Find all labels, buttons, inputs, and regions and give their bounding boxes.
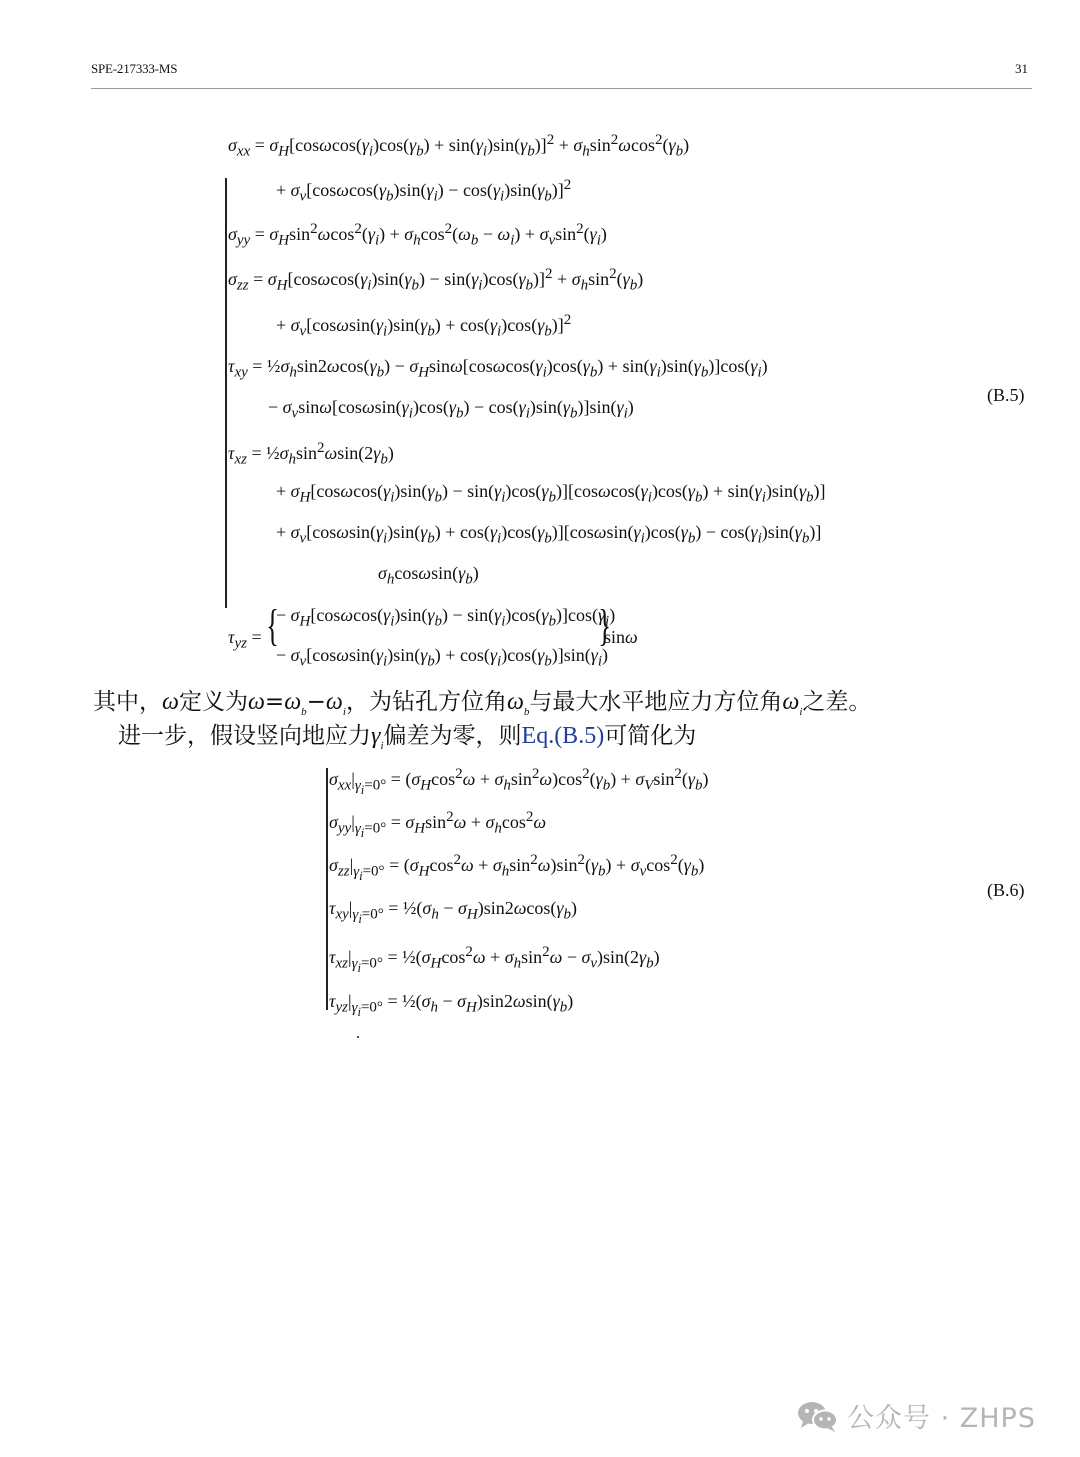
paragraph-suffix: 可简化为 [604,723,696,749]
eq-b6-brace [326,768,328,1010]
eq-b5-line-6: τxy = ½σhsin2ωcos(γb) − σHsinω[cosωcos(γ… [228,357,768,381]
eq-b5-brace [225,178,227,608]
eq-b5-line-3: σyy = σHsin2ωcos2(γi) + σhcos2(ωb − ωi) … [228,222,607,249]
eq-b5-line-2: + σv[cosωcos(γb)sin(γi) − cos(γi)sin(γb)… [276,178,571,205]
eq-b5-sinw: sinω [604,628,638,646]
eq-b6-line-6: τyz|γi=0° = ½(σh − σH)sin2ωsin(γb) [329,992,573,1018]
doc-id: SPE-217333-MS [91,61,177,77]
eq-b6-line-1: σxx|γi=0° = (σHcos2ω + σhsin2ω)cos2(γb) … [329,767,709,796]
watermark-text: 公众号 · ZHPS [847,1396,1036,1435]
eq-b5-line-10: + σv[cosωsin(γi)sin(γb) + cos(γi)cos(γb)… [276,523,821,547]
header-rule [91,88,1032,89]
eq-b5-line-5: + σv[cosωsin(γi)sin(γb) + cos(γi)cos(γb)… [276,313,571,340]
eq-b6-number: (B.6) [987,880,1025,901]
eq-b6-line-2: σyy|γi=0° = σHsin2ω + σhcos2ω [329,810,546,839]
eq-b5-number: (B.5) [987,385,1025,406]
eq-b6-line-4: τxy|γi=0° = ½(σh − σH)sin2ωcos(γb) [329,899,577,925]
eq-b5-line-11: σhcosωsin(γb) [378,564,479,588]
watermark: 公众号 · ZHPS [797,1396,1036,1435]
eq-b6-line-3: σzz|γi=0° = (σHcos2ω + σhsin2ω)sin2(γb) … [329,853,704,882]
eq-b5-link[interactable]: Eq.(B.5) [522,723,605,749]
eq-b5-line-1: σxx = σH[cosωcos(γi)cos(γb) + sin(γi)sin… [228,133,689,160]
eq-b5-line-9: + σH[cosωcos(γi)sin(γb) − sin(γi)cos(γb)… [276,482,826,506]
eq-b5-line-14: − σv[cosωsin(γi)sin(γb) + cos(γi)cos(γb)… [276,646,608,670]
paragraph-line-1: 其中，ω定义为ω=ωb−ωi，为钻孔方位角ωb与最大水平地应力方位角ωi之差。 [93,683,871,718]
wechat-icon [797,1400,839,1432]
eq-b5-line-12: τyz = [228,628,262,652]
eq-b5-line-8: τxz = ½σhsin2ωsin(2γb) [228,441,394,468]
paragraph-line-2: 进一步，假设竖向地应力γi偏差为零，则Eq.(B.5)可简化为 [118,717,696,752]
eq-b5-line-13: − σH[cosωcos(γi)sin(γb) − sin(γi)cos(γb)… [276,606,615,630]
eq-b5-line-4: σzz = σH[cosωcos(γi)sin(γb) − sin(γi)cos… [228,267,643,294]
stray-dot [357,1036,359,1038]
page-number: 31 [1015,61,1028,77]
eq-b5-line-7: − σvsinω[cosωsin(γi)cos(γb) − cos(γi)sin… [268,398,634,422]
eq-b6-line-5: τxz|γi=0° = ½(σHcos2ω + σhsin2ω − σv)sin… [329,945,660,974]
